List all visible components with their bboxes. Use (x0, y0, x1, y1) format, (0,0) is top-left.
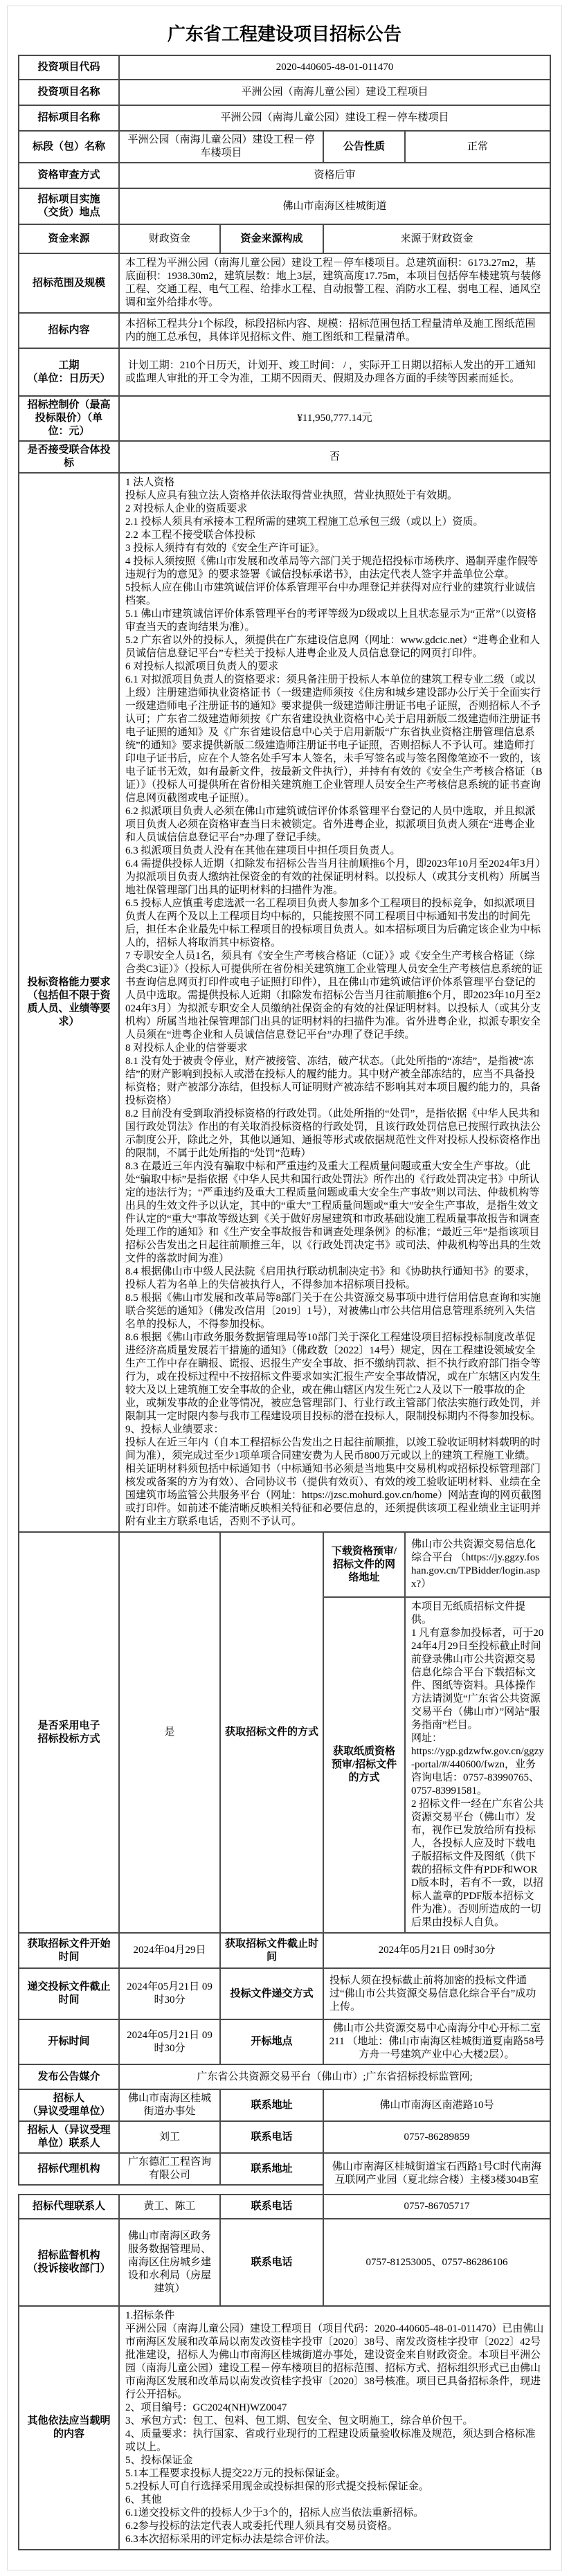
submit-deadline-value: 2024年05月21日 09时30分 (119, 1968, 220, 2019)
submit-deadline-label: 递交投标文件截止时间 (19, 1968, 119, 2019)
tender-name-value: 平洲公园（南海儿童公园）建设工程－停车楼项目 (119, 105, 550, 131)
fund-composition-value: 来源于财政资金 (323, 224, 550, 253)
other-label: 其他依法应当载明的内容 (19, 2306, 119, 2550)
qual-method-label: 资格审查方式 (19, 163, 119, 188)
invest-code-value: 2020-440605-48-01-011470 (119, 55, 550, 80)
agency-phone-value: 0757-86705717 (323, 2195, 550, 2219)
tenderer-contact-value: 刘工 (119, 2121, 220, 2153)
qualification-label: 投标资格能力要求（包括但不限于资质人员、业绩等要求） (19, 473, 119, 1532)
doc-start-value: 2024年04月29日 (119, 1933, 220, 1968)
consortium-label: 是否接受联合体投标 (19, 441, 119, 473)
page-title: 广东省工程建设项目招标公告 (8, 23, 561, 46)
download-url-value: 佛山市公共资源交易信息化综合平台 （https://jy.ggzy.foshan… (405, 1532, 550, 1597)
duration-label: 工期 （单位：日历天） (19, 348, 119, 396)
row-scope: 招标范围及规模 本工程为平洲公园（南海儿童公园）建设工程－停车楼项目。总建筑面积… (19, 253, 550, 313)
ceiling-price-value: ¥11,950,777.14元 (119, 396, 550, 441)
row-tenderer: 招标人 （异议受理单位） 佛山市南海区桂城街道办事处 联系地址 佛山市南海区南港… (19, 2089, 550, 2121)
row-supervisor: 招标监督机构 （投诉接收部门） 佛山市南海区政务服务数据管理局、南海区住房城乡建… (19, 2219, 550, 2306)
invest-name-label: 投资项目名称 (19, 80, 119, 105)
row-tenderer-contact: 招标人（异议受理单位）联系人 刘工 联系电话 0757-86289859 (19, 2121, 550, 2153)
tenderer-phone-value: 0757-86289859 (323, 2121, 550, 2153)
download-url-label: 下载资格预审/招标文件的网络地址 (323, 1532, 405, 1597)
tenderer-label: 招标人 （异议受理单位） (19, 2089, 119, 2121)
announcement-page: 广东省工程建设项目招标公告 投资项目代码 2020-440605-48-01-0… (7, 6, 562, 2570)
doc-start-label: 获取招标文件开始时间 (19, 1933, 119, 1968)
row-consortium: 是否接受联合体投标 否 (19, 441, 550, 473)
row-section: 标段（包）名称 平洲公园（南海儿童公园）建设工程－停车楼项目 公告性质 正常 (19, 131, 550, 163)
supervisor-value: 佛山市南海区政务服务数据管理局、南海区住房城乡建设和水利局（房屋建筑） (119, 2219, 220, 2306)
notice-nature-value: 正常 (405, 131, 550, 163)
open-place-value: 佛山市公共资源交易中心南海分中心开标二室211 （地址：佛山市南海区桂城街道夏南… (323, 2019, 550, 2064)
submit-method-label: 投标文件递交方式 (220, 1968, 323, 2019)
media-value: 广东省公共资源交易平台（佛山市）;广东省招标投标监管网; (119, 2064, 550, 2089)
scope-value: 本工程为平洲公园（南海儿童公园）建设工程－停车楼项目。总建筑面积：6173.27… (119, 253, 550, 313)
location-label: 招标项目实施 （交货）地点 (19, 188, 119, 224)
row-location: 招标项目实施 （交货）地点 佛山市南海区桂城街道 (19, 188, 550, 224)
qualification-value: 1 法人资格 投标人应具有独立法人资格并依法取得营业执照，营业执照处于有效期。 … (119, 473, 550, 1532)
ceiling-price-label: 招标控制价（最高 投标限价）（单 位：元） (19, 396, 119, 441)
qual-method-value: 资格后审 (119, 163, 550, 188)
row-other: 其他依法应当载明的内容 1.招标条件 平洲公园（南海儿童公园）建设工程项目（项目… (19, 2306, 550, 2550)
location-value: 佛山市南海区桂城街道 (119, 188, 550, 224)
scope-label: 招标范围及规模 (19, 253, 119, 313)
agency-contact-label: 招标代理联系人 (19, 2195, 119, 2219)
tenderer-addr-value: 佛山市南海区南港路10号 (323, 2089, 550, 2121)
agency-addr-value: 佛山市南海区桂城街道宝石西路1号C时代南海互联网产业园（夏北综合楼）主楼3楼30… (323, 2153, 550, 2195)
row-fund-source: 资金来源 财政资金 资金来源构成 来源于财政资金 (19, 224, 550, 253)
fund-composition-label: 资金来源构成 (220, 224, 323, 253)
row-opening: 开标时间 2024年05月21日 09时30分 开标地点 佛山市公共资源交易中心… (19, 2019, 550, 2064)
section-label: 标段（包）名称 (19, 131, 119, 163)
duration-value: 计划工期：210个日历天，计划开、竣工时间： / ，实际开工日期以招标人发出的开… (119, 348, 550, 396)
tender-name-label: 招标项目名称 (19, 105, 119, 131)
media-label: 发布公告媒介 (19, 2064, 119, 2089)
row-qualification: 投标资格能力要求（包括但不限于资质人员、业绩等要求） 1 法人资格 投标人应具有… (19, 473, 550, 1532)
submit-method-value: 投标人须在投标截止前将加密的投标文件通过“佛山市公共资源交易信息化综合平台”成功… (323, 1968, 550, 2019)
tenderer-contact-label: 招标人（异议受理单位）联系人 (19, 2121, 119, 2153)
tender-announcement-table: 投资项目代码 2020-440605-48-01-011470 投资项目名称 平… (18, 55, 551, 2550)
consortium-value: 否 (119, 441, 550, 473)
row-submit: 递交投标文件截止时间 2024年05月21日 09时30分 投标文件递交方式 投… (19, 1968, 550, 2019)
doc-end-value: 2024年05月21日 09时30分 (323, 1933, 550, 1968)
agency-phone-label: 联系电话 (220, 2195, 323, 2219)
agency-contact-value: 黄工、陈工 (119, 2195, 220, 2219)
tenderer-phone-label: 联系电话 (220, 2121, 323, 2153)
agency-label: 招标代理机构 (19, 2153, 119, 2185)
notice-nature-label: 公告性质 (323, 131, 405, 163)
content-label: 招标内容 (19, 313, 119, 348)
open-place-label: 开标地点 (220, 2019, 323, 2064)
row-tender-name: 招标项目名称 平洲公园（南海儿童公园）建设工程－停车楼项目 (19, 105, 550, 131)
agency-value: 广东德汇工程咨询有限公司 (119, 2153, 220, 2185)
e-bidding-value: 是 (119, 1532, 220, 1933)
row-media: 发布公告媒介 广东省公共资源交易平台（佛山市）;广东省招标投标监管网; (19, 2064, 550, 2089)
e-bidding-label: 是否采用电子 招标投标方式 (19, 1532, 119, 1933)
agency-addr-label: 联系地址 (220, 2153, 323, 2185)
invest-code-label: 投资项目代码 (19, 55, 119, 80)
supervisor-label: 招标监督机构 （投诉接收部门） (19, 2219, 119, 2306)
row-e-bidding: 是否采用电子 招标投标方式 是 获取招标文件的方式 下载资格预审/招标文件的网络… (19, 1532, 550, 1597)
row-agency-contact: 招标代理联系人 黄工、陈工 联系电话 0757-86705717 (19, 2195, 550, 2219)
row-content: 招标内容 本招标工程共分1个标段，标段招标内容、规模：招标范围包括工程量清单及施… (19, 313, 550, 348)
row-qual-method: 资格审查方式 资格后审 (19, 163, 550, 188)
row-invest-name: 投资项目名称 平洲公园（南海儿童公园）建设工程项目 (19, 80, 550, 105)
tenderer-value: 佛山市南海区桂城街道办事处 (119, 2089, 220, 2121)
fund-source-label: 资金来源 (19, 224, 119, 253)
row-agency: 招标代理机构 广东德汇工程咨询有限公司 联系地址 佛山市南海区桂城街道宝石西路1… (19, 2153, 550, 2185)
row-doc-time: 获取招标文件开始时间 2024年04月29日 获取招标文件截止时间 2024年0… (19, 1933, 550, 1968)
paper-method-label: 获取纸质资格预审/招标文件的方式 (323, 1597, 405, 1933)
other-value: 1.招标条件 平洲公园（南海儿童公园）建设工程项目（项目代码：2020-4406… (119, 2306, 550, 2550)
supervisor-phone-value: 0757-81253005、0757-86286106 (323, 2219, 550, 2306)
content-value: 本招标工程共分1个标段，标段招标内容、规模：招标范围包括工程量清单及施工图纸范围… (119, 313, 550, 348)
spacer-cell (19, 2185, 323, 2195)
row-duration: 工期 （单位：日历天） 计划工期：210个日历天，计划开、竣工时间： / ，实际… (19, 348, 550, 396)
section-value: 平洲公园（南海儿童公园）建设工程－停车楼项目 (119, 131, 323, 163)
invest-name-value: 平洲公园（南海儿童公园）建设工程项目 (119, 80, 550, 105)
fund-source-value: 财政资金 (119, 224, 220, 253)
paper-method-value: 本项目无纸质招标文件提供。 1 凡有意参加投标者，可于2024年4月29日至投标… (405, 1597, 550, 1933)
doc-end-label: 获取招标文件截止时间 (220, 1933, 323, 1968)
doc-method-label: 获取招标文件的方式 (220, 1532, 323, 1933)
open-time-value: 2024年05月21日 09时30分 (119, 2019, 220, 2064)
row-invest-code: 投资项目代码 2020-440605-48-01-011470 (19, 55, 550, 80)
tenderer-addr-label: 联系地址 (220, 2089, 323, 2121)
open-time-label: 开标时间 (19, 2019, 119, 2064)
supervisor-phone-label: 联系电话 (220, 2219, 323, 2306)
row-ceiling-price: 招标控制价（最高 投标限价）（单 位：元） ¥11,950,777.14元 (19, 396, 550, 441)
